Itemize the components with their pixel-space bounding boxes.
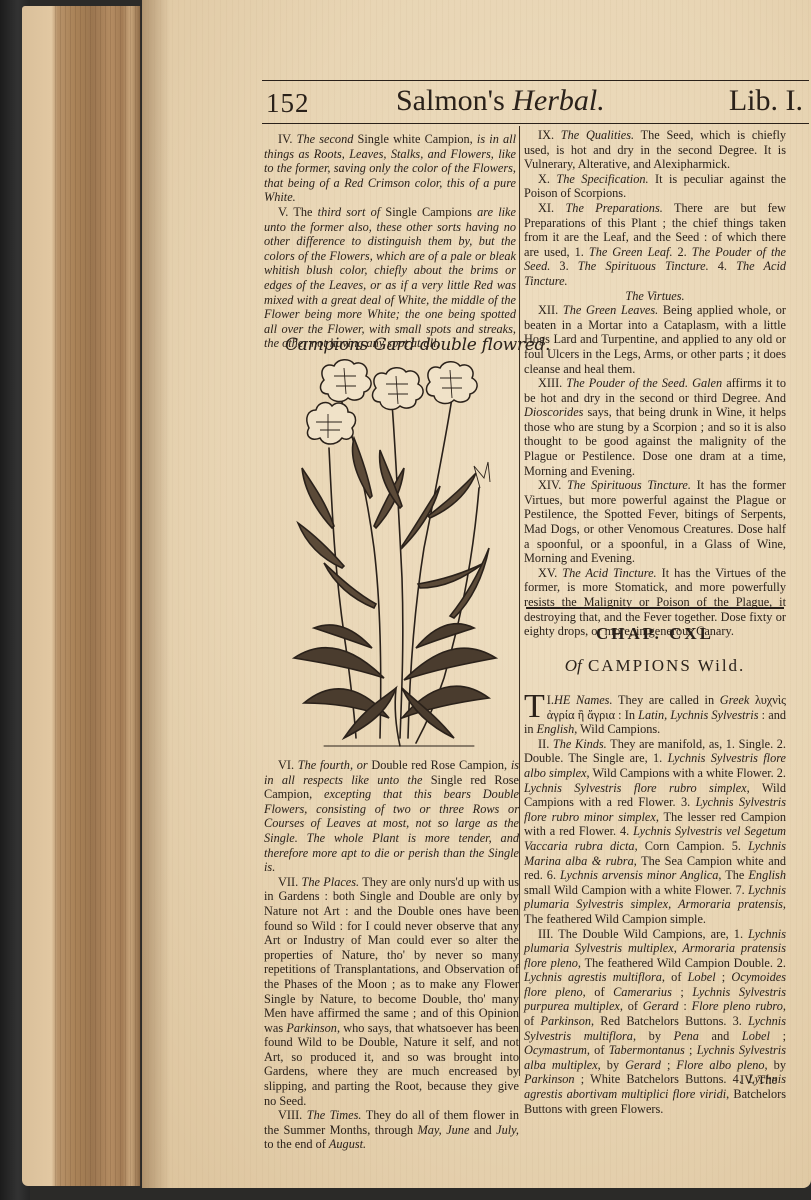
header-top-rule [262,80,809,81]
section-number: IX. [538,128,561,142]
section-text: The Places. They are only nurs'd up with… [264,875,519,1108]
section-paragraph: IX. The Qualities. The Seed, which is ch… [524,128,786,172]
section-number: XV. [538,566,562,580]
section-number: V. [278,205,293,219]
section-text: The Specification. It is peculiar agains… [524,172,786,201]
chapter-heading: CHAP. CXL [524,624,786,644]
left-column-top: IV. The second Single white Campion, is … [264,132,516,351]
illustration-caption: Campions Gard double flowred. [285,335,550,355]
section-paragraph: V. The third sort of Single Campions are… [264,205,516,351]
section-text: The Qualities. The Seed, which is chiefl… [524,128,786,171]
woodcut-carnation-icon [284,358,506,750]
right-column-chapter: I.THE Names. They are called in Greek λυ… [524,693,786,1116]
section-paragraph: XII. The Green Leaves. Being applied who… [524,303,786,376]
section-paragraph: II. The Kinds. They are manifold, as, 1.… [524,737,786,927]
section-paragraph: I.THE Names. They are called in Greek λυ… [524,693,786,737]
section-text: The second Single white Campion, is in a… [264,132,516,204]
section-text: The Green Leaves. Being applied whole, o… [524,303,786,375]
section-text: The third sort of Single Campions are li… [264,205,516,350]
chapter-divider-rule [526,607,784,609]
section-number: I. [547,693,554,707]
section-number: VIII. [278,1108,307,1122]
section-number: XI. [538,201,565,215]
section-number: VII. [278,875,301,889]
section-number: IV. [278,132,297,146]
section-text: HE Names. They are called in Greek λυχνὶ… [524,693,786,736]
section-text: The Pouder of the Seed. Galen affirms it… [524,376,786,478]
virtues-paragraphs: XII. The Green Leaves. Being applied who… [524,303,786,639]
book-title: Salmon's Herbal. [396,84,605,118]
section-number: II. [538,737,553,751]
section-paragraph: VII. The Places. They are only nurs'd up… [264,875,519,1109]
column-divider [519,126,520,1076]
drop-cap: T [524,693,545,721]
left-column-bottom: VI. The fourth, or Double red Rose Campi… [264,758,519,1152]
section-paragraph: XIV. The Spirituous Tincture. It has the… [524,478,786,566]
running-header: 152 Salmon's Herbal. Lib. I. [262,84,807,124]
section-paragraph: XIII. The Pouder of the Seed. Galen affi… [524,376,786,478]
section-number: XIII. [538,376,566,390]
page-edges-texture [55,6,145,1186]
book-part: Lib. I. [729,84,803,118]
page-number: 152 [266,88,310,119]
section-number: XII. [538,303,563,317]
right-column-top: IX. The Qualities. The Seed, which is ch… [524,128,786,639]
section-paragraph: VI. The fourth, or Double red Rose Campi… [264,758,519,875]
section-number: III. [538,927,558,941]
page-gutter-shadow [142,0,170,1188]
section-text: The Kinds. They are manifold, as, 1. Sin… [524,737,786,926]
section-paragraph: IV. The second Single white Campion, is … [264,132,516,205]
section-text: The fourth, or Double red Rose Campion, … [264,758,519,874]
section-paragraph: X. The Specification. It is peculiar aga… [524,172,786,201]
section-paragraph: VIII. The Times. They do all of them flo… [264,1108,519,1152]
section-number: XIV. [538,478,567,492]
section-number: X. [538,172,556,186]
section-paragraph: XI. The Preparations. There are but few … [524,201,786,289]
catchword: IV. The [740,1073,777,1088]
header-bottom-rule [262,123,809,124]
virtues-heading: The Virtues. [524,289,786,304]
chapter-subtitle: Of CAMPIONS Wild. [524,656,786,676]
right-top-paragraphs: IX. The Qualities. The Seed, which is ch… [524,128,786,289]
section-number: VI. [278,758,298,772]
